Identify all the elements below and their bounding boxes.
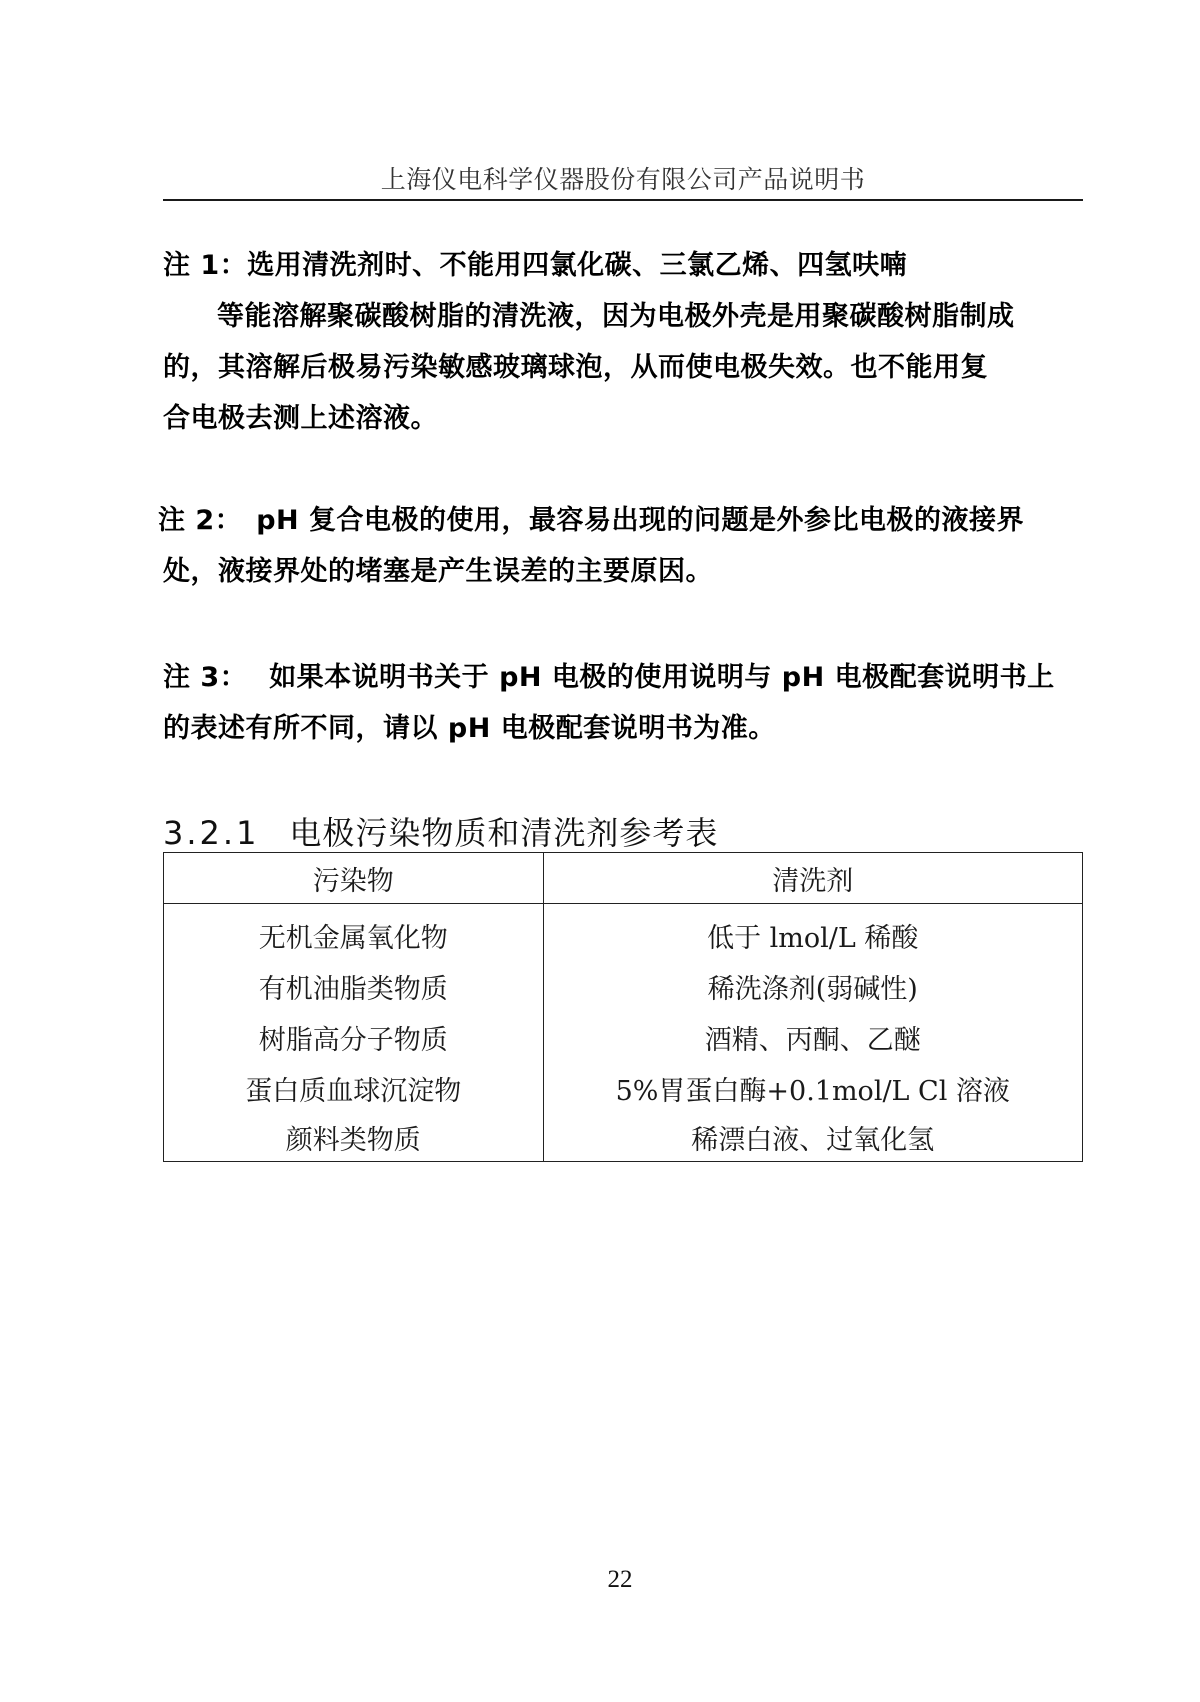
note-3-label: 注 3： — [163, 662, 247, 693]
section-number: 3.2.1 — [163, 814, 259, 852]
cell-contaminant: 颜料类物质 — [164, 1114, 544, 1162]
note-2-line-1: 注 2：pH 复合电极的使用，最容易出现的问题是外参比电极的液接界 — [158, 495, 1083, 546]
note-3-line-1: 注 3：如果本说明书关于 pH 电极的使用说明与 pH 电极配套说明书上 — [163, 652, 1083, 703]
note-3-line-2: 的表述有所不同，请以 pH 电极配套说明书为准。 — [163, 703, 1083, 754]
cell-cleaner: 稀漂白液、过氧化氢 — [543, 1114, 1082, 1162]
section-title: 电极污染物质和清洗剂参考表 — [289, 814, 718, 852]
table-row: 树脂高分子物质 酒精、丙酮、乙醚 — [164, 1012, 1083, 1063]
page-number: 22 — [0, 1566, 1200, 1594]
page-header-title: 上海仪电科学仪器股份有限公司产品说明书 — [163, 160, 1083, 196]
note-3: 注 3：如果本说明书关于 pH 电极的使用说明与 pH 电极配套说明书上 的表述… — [163, 652, 1083, 754]
note-1: 注 1：选用清洗剂时、不能用四氯化碳、三氯乙烯、四氢呋喃 等能溶解聚碳酸树脂的清… — [163, 240, 1083, 444]
note-1-line-4: 合电极去测上述溶液。 — [163, 393, 1083, 444]
note-1-line-3: 的，其溶解后极易污染敏感玻璃球泡，从而使电极失效。也不能用复 — [163, 342, 1083, 393]
contaminant-cleaner-table: 污染物 清洗剂 无机金属氧化物 低于 lmol/L 稀酸 有机油脂类物质 稀洗涤… — [163, 852, 1083, 1162]
column-header-cleaner: 清洗剂 — [543, 853, 1082, 904]
table-row: 有机油脂类物质 稀洗涤剂(弱碱性) — [164, 961, 1083, 1012]
table-header-row: 污染物 清洗剂 — [164, 853, 1083, 904]
table-row: 无机金属氧化物 低于 lmol/L 稀酸 — [164, 904, 1083, 962]
note-2-line-2: 处，液接界处的堵塞是产生误差的主要原因。 — [163, 546, 1083, 597]
cell-cleaner: 低于 lmol/L 稀酸 — [543, 904, 1082, 962]
note-2: 注 2：pH 复合电极的使用，最容易出现的问题是外参比电极的液接界 处，液接界处… — [163, 495, 1083, 597]
note-1-line-2: 等能溶解聚碳酸树脂的清洗液，因为电极外壳是用聚碳酸树脂制成 — [163, 291, 1083, 342]
cell-contaminant: 蛋白质血球沉淀物 — [164, 1063, 544, 1114]
cell-cleaner: 5%胃蛋白酶+0.1mol/L Cl 溶液 — [543, 1063, 1082, 1114]
cell-cleaner: 酒精、丙酮、乙醚 — [543, 1012, 1082, 1063]
cell-contaminant: 树脂高分子物质 — [164, 1012, 544, 1063]
table-row: 蛋白质血球沉淀物 5%胃蛋白酶+0.1mol/L Cl 溶液 — [164, 1063, 1083, 1114]
table-row: 颜料类物质 稀漂白液、过氧化氢 — [164, 1114, 1083, 1162]
note-1-label: 注 1： — [163, 250, 247, 281]
cell-contaminant: 有机油脂类物质 — [164, 961, 544, 1012]
note-1-line-1: 注 1：选用清洗剂时、不能用四氯化碳、三氯乙烯、四氢呋喃 — [163, 240, 1083, 291]
note-2-label: 注 2： — [158, 505, 242, 536]
cell-cleaner: 稀洗涤剂(弱碱性) — [543, 961, 1082, 1012]
cell-contaminant: 无机金属氧化物 — [164, 904, 544, 962]
header-divider — [163, 199, 1083, 201]
column-header-contaminant: 污染物 — [164, 853, 544, 904]
section-heading: 3.2.1电极污染物质和清洗剂参考表 — [163, 808, 718, 854]
